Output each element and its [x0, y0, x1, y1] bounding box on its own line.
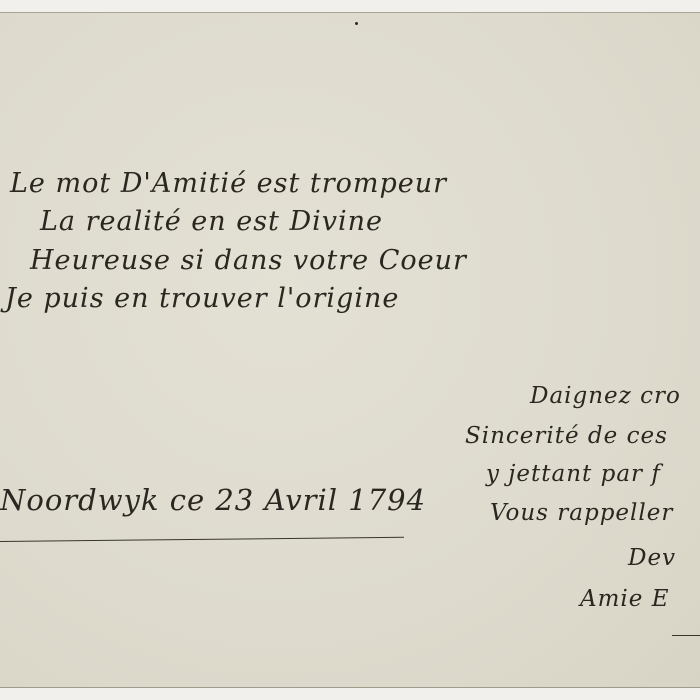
- poem-line-2: La realité en est Divine: [40, 206, 383, 237]
- dateline-underline: [0, 537, 404, 542]
- letter-line-6: Amie E: [580, 586, 670, 612]
- poem-line-4: Je puis en trouver l'origine: [5, 283, 399, 314]
- manuscript-frame: Le mot D'Amitié est trompeur La realité …: [0, 0, 700, 700]
- poem-line-3: Heureuse si dans votre Coeur: [30, 245, 467, 276]
- letter-line-4: Vous rappeller: [490, 500, 673, 526]
- place-and-date: Noordwyk ce 23 Avril 1794: [0, 483, 426, 517]
- letter-line-3: y jettant par f: [486, 461, 661, 487]
- letter-line-1: Daignez cro: [530, 383, 681, 409]
- letter-line-5: Dev: [628, 545, 676, 571]
- paper-sheet: Le mot D'Amitié est trompeur La realité …: [0, 12, 700, 688]
- signature-underline: [672, 635, 700, 636]
- poem-line-1: Le mot D'Amitié est trompeur: [10, 168, 447, 199]
- ink-spot: [355, 22, 358, 25]
- letter-line-2: Sincerité de ces: [465, 423, 668, 449]
